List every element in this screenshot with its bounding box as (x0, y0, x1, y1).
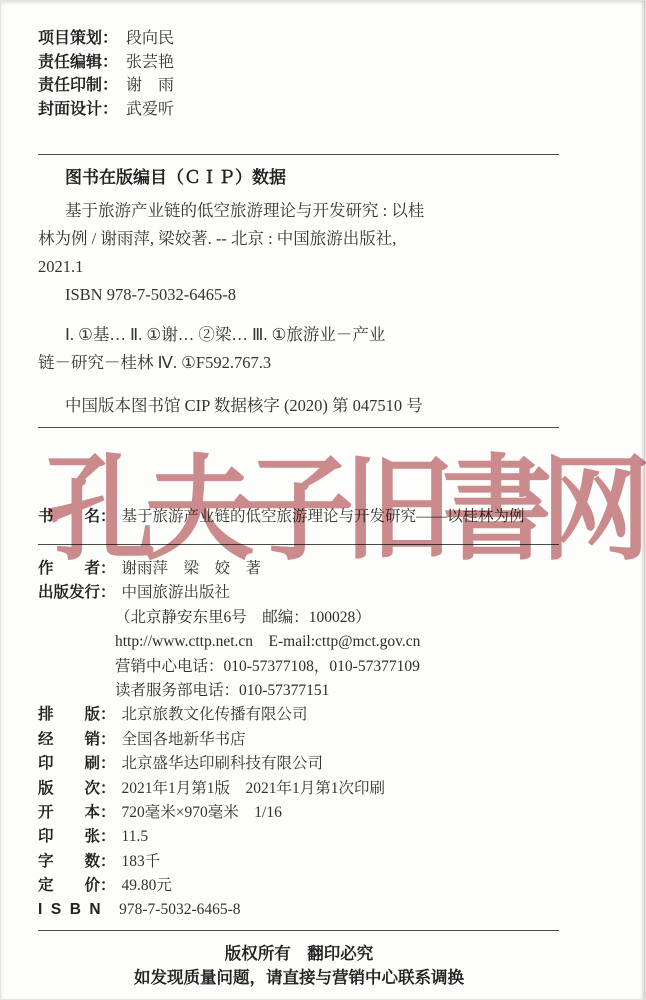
colophon-row-author: 作 者：谢雨萍 梁 姣 著 (38, 557, 560, 581)
colophon-row-typesetting: 排 版：北京旅教文化传播有限公司 (38, 703, 560, 727)
credit-value: 武爱听 (126, 101, 174, 118)
colophon-value: 营销中心电话：010-57377108，010-57377109 (115, 658, 420, 675)
colophon-label: 排 版： (38, 706, 116, 723)
colophon-value: 183千 (122, 853, 161, 870)
cip-classification-line: 链－研究－桂林 Ⅳ. ①F592.767.3 (38, 349, 560, 377)
cip-line: 基于旅游产业链的低空旅游理论与开发研究 : 以桂 (38, 197, 560, 225)
credit-label: 责任编辑： (38, 54, 118, 71)
credit-row-project-planner: 项目策划：段向民 (38, 27, 560, 51)
credit-row-print-supervisor: 责任印制：谢 雨 (38, 74, 560, 98)
colophon-row-reader-service-phone: 读者服务部电话：010-57377151 (38, 679, 560, 703)
page-content: 项目策划：段向民 责任编辑：张芸艳 责任印制：谢 雨 封面设计：武爱听 图书在版… (38, 0, 560, 991)
book-copyright-page: 孔夫子旧書网 项目策划：段向民 责任编辑：张芸艳 责任印制：谢 雨 封面设计：武… (0, 0, 646, 1000)
colophon-value: 中国旅游出版社 (122, 584, 231, 601)
colophon-label: 经 销： (38, 731, 116, 748)
credit-value: 谢 雨 (126, 77, 174, 94)
colophon-value: 2021年1月第1版 2021年1月第1次印刷 (122, 780, 386, 797)
credit-row-cover-designer: 封面设计：武爱听 (38, 98, 560, 122)
colophon-label: 印 刷： (38, 755, 116, 772)
copyright-notice: 版权所有 翻印必究 (38, 942, 560, 967)
credit-value: 段向民 (126, 30, 174, 47)
cip-registry-line: 中国版本图书馆 CIP 数据核字 (2020) 第 047510 号 (38, 392, 560, 420)
book-title-value: 基于旅游产业链的低空旅游理论与开发研究——以桂林为例 (122, 508, 525, 525)
divider-footer (38, 930, 559, 931)
cip-classification-line: Ⅰ. ①基… Ⅱ. ①谢… ②梁… Ⅲ. ①旅游业－产业 (38, 321, 560, 349)
cip-heading: 图书在版编目（ＣＩＰ）数据 (38, 166, 560, 190)
colophon-label: 出版发行： (38, 584, 116, 601)
credit-label: 责任印制： (38, 77, 118, 94)
credit-value: 张芸艳 (126, 54, 174, 71)
staff-credits: 项目策划：段向民 责任编辑：张芸艳 责任印制：谢 雨 封面设计：武爱听 (38, 0, 560, 121)
cip-block: 图书在版编目（ＣＩＰ）数据 基于旅游产业链的低空旅游理论与开发研究 : 以桂 林… (38, 155, 560, 427)
isbn-value: 978-7-5032-6465-8 (119, 901, 240, 918)
cip-line: 2021.1 (38, 253, 560, 281)
colophon-value: 全国各地新华书店 (122, 731, 246, 748)
book-title-row: 书 名：基于旅游产业链的低空旅游理论与开发研究——以桂林为例 (38, 506, 560, 528)
colophon-row-edition: 版 次：2021年1月第1版 2021年1月第1次印刷 (38, 777, 560, 801)
cip-isbn-line: ISBN 978-7-5032-6465-8 (38, 281, 560, 309)
colophon-row-publisher: 出版发行：中国旅游出版社 (38, 581, 560, 605)
credit-row-editor: 责任编辑：张芸艳 (38, 51, 560, 75)
colophon-row-isbn: ISBN978-7-5032-6465-8 (38, 898, 560, 922)
colophon-value: 11.5 (122, 828, 149, 845)
colophon-value: 谢雨萍 梁 姣 著 (122, 560, 262, 577)
colophon-value: 北京旅教文化传播有限公司 (122, 706, 308, 723)
colophon-row-word-count: 字 数：183千 (38, 850, 560, 874)
quality-notice: 如发现质量问题，请直接与营销中心联系调换 (38, 966, 560, 991)
colophon-row-address: （北京静安东里6号 邮编：100028） (38, 606, 560, 630)
cip-bottom-pad (38, 420, 560, 427)
colophon-row-price: 定 价：49.80元 (38, 874, 560, 898)
colophon-label: 字 数： (38, 853, 116, 870)
credit-label: 项目策划： (38, 30, 118, 47)
colophon-row-distribution: 经 销：全国各地新华书店 (38, 728, 560, 752)
colophon-value: 720毫米×970毫米 1/16 (122, 804, 282, 821)
divider-cip-bottom (38, 427, 559, 428)
colophon-row-website-email: http://www.cttp.net.cn E-mail:cttp@mct.g… (38, 630, 560, 654)
colophon-label: 印 张： (38, 828, 116, 845)
credit-label: 封面设计： (38, 101, 118, 118)
cip-line: 林为例 / 谢雨萍, 梁姣著. -- 北京 : 中国旅游出版社, (38, 225, 560, 253)
book-title-label: 书 名： (38, 508, 116, 525)
isbn-label: ISBN (38, 901, 109, 918)
footer-notices: 版权所有 翻印必究 如发现质量问题，请直接与营销中心联系调换 (38, 942, 560, 991)
colophon: 作 者：谢雨萍 梁 姣 著 出版发行：中国旅游出版社 （北京静安东里6号 邮编：… (38, 545, 560, 923)
colophon-value: 读者服务部电话：010-57377151 (115, 682, 329, 699)
colophon-label: 作 者： (38, 560, 116, 577)
colophon-row-printing: 印 刷：北京盛华达印刷科技有限公司 (38, 752, 560, 776)
colophon-row-format: 开 本：720毫米×970毫米 1/16 (38, 801, 560, 825)
colophon-row-marketing-phone: 营销中心电话：010-57377108，010-57377109 (38, 655, 560, 679)
colophon-value: 北京盛华达印刷科技有限公司 (122, 755, 324, 772)
colophon-value: 49.80元 (122, 877, 172, 894)
colophon-row-sheets: 印 张：11.5 (38, 825, 560, 849)
colophon-value: http://www.cttp.net.cn E-mail:cttp@mct.g… (115, 633, 420, 650)
colophon-label: 开 本： (38, 804, 116, 821)
colophon-value: （北京静安东里6号 邮编：100028） (115, 609, 371, 626)
colophon-label: 定 价： (38, 877, 116, 894)
colophon-label: 版 次： (38, 780, 116, 797)
